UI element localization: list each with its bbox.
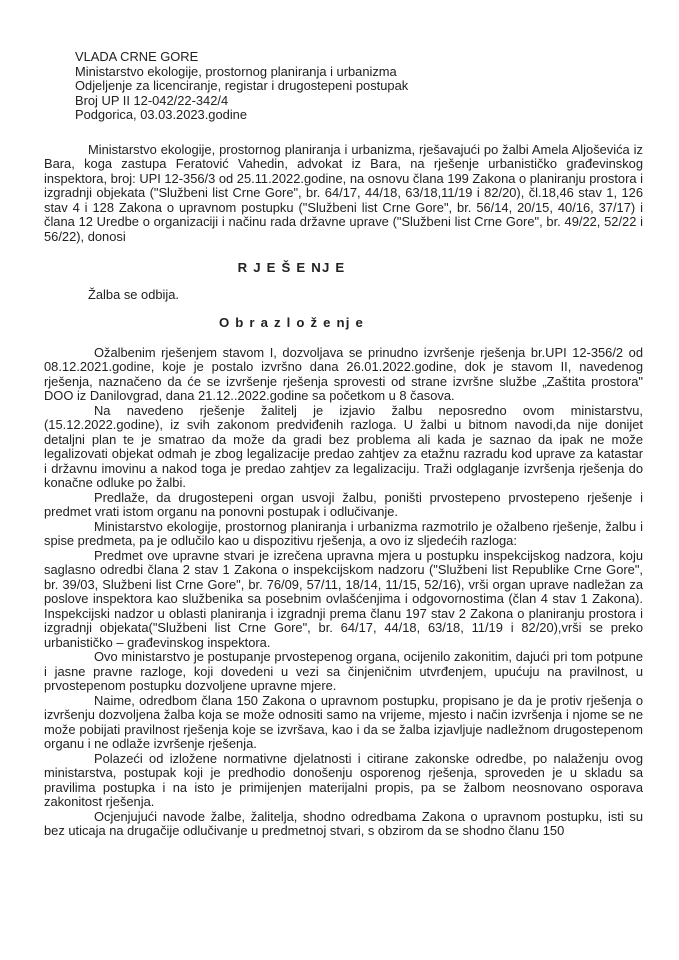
decision-text: Žalba se odbija.	[44, 288, 643, 303]
letterhead-place-date-line: Podgorica, 03.03.2023.godine	[75, 108, 643, 123]
explanation-heading: O b r a z l o ž e nj e	[44, 316, 539, 331]
letterhead-government-line: VLADA CRNE GORE	[75, 50, 643, 65]
letterhead-case-number-line: Broj UP II 12-042/22-342/4	[75, 94, 643, 109]
explanation-paragraph-3: Predlaže, da drugostepeni organ usvoji ž…	[44, 491, 643, 520]
explanation-paragraph-1: Ožalbenim rješenjem stavom I, dozvoljava…	[44, 346, 643, 404]
intro-paragraph: Ministarstvo ekologije, prostornog plani…	[44, 143, 643, 245]
decision-heading: R J E Š E NJ E	[44, 261, 539, 276]
scanned-document-page: VLADA CRNE GORE Ministarstvo ekologije, …	[0, 0, 679, 960]
letterhead-department-line: Odjeljenje za licenciranje, registar i d…	[75, 79, 643, 94]
letterhead: VLADA CRNE GORE Ministarstvo ekologije, …	[75, 50, 643, 123]
explanation-paragraph-4: Ministarstvo ekologije, prostornog plani…	[44, 520, 643, 549]
explanation-paragraph-9: Ocjenjujući navode žalbe, žalitelja, sho…	[44, 810, 643, 839]
explanation-paragraph-2: Na navedeno rješenje žalitelj je izjavio…	[44, 404, 643, 491]
explanation-paragraph-6: Ovo ministarstvo je postupanje prvostepe…	[44, 650, 643, 694]
explanation-paragraph-5: Predmet ove upravne stvari je izrečena u…	[44, 549, 643, 651]
explanation-paragraph-8: Polazeći od izložene normativne djelatno…	[44, 752, 643, 810]
explanation-paragraph-7: Naime, odredbom člana 150 Zakona o uprav…	[44, 694, 643, 752]
letterhead-ministry-line: Ministarstvo ekologije, prostornog plani…	[75, 65, 643, 80]
